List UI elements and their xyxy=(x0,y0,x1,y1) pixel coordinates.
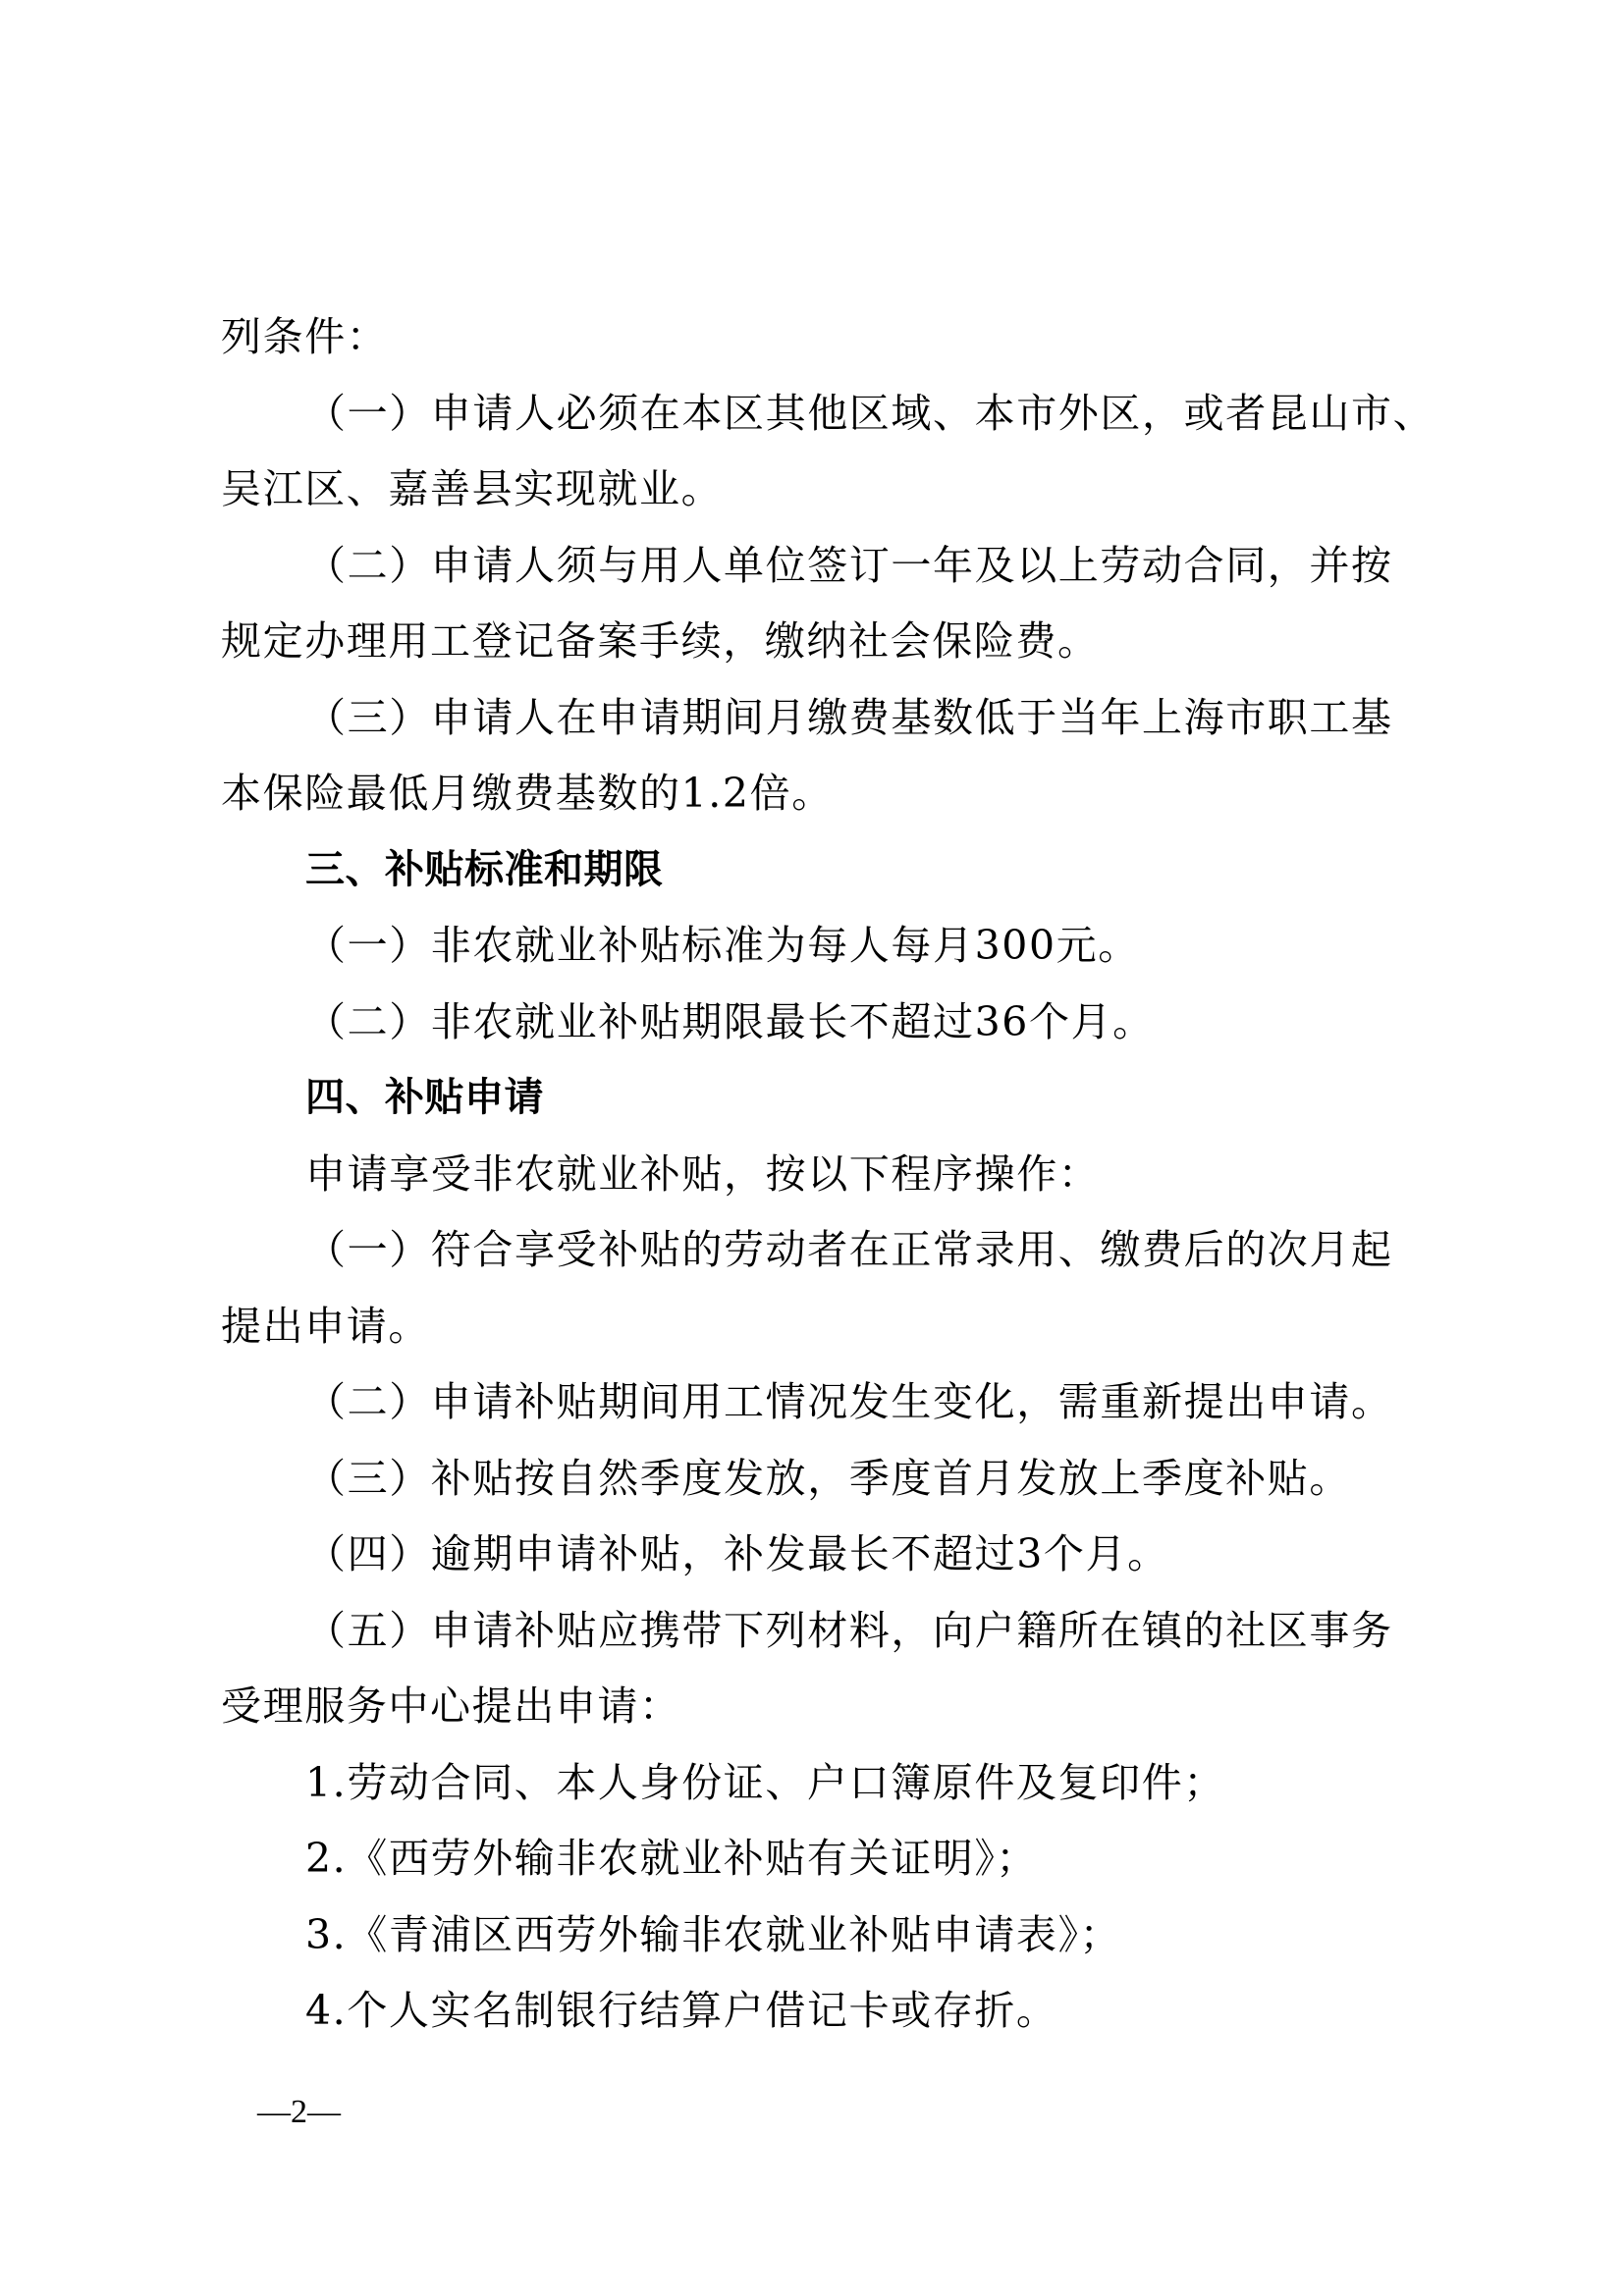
continued-paragraph-line: 列条件： xyxy=(221,299,1431,376)
application-step-2: （二）申请补贴期间用工情况发生变化，需重新提出申请。 xyxy=(221,1364,1431,1441)
material-item-2: 2.《西劳外输非农就业补贴有关证明》； xyxy=(221,1821,1431,1897)
condition-item-1-continued: 吴江区、嘉善县实现就业。 xyxy=(221,452,1431,528)
condition-item-2: （二）申请人须与用人单位签订一年及以上劳动合同，并按 xyxy=(221,528,1431,605)
material-item-4: 4.个人实名制银行结算户借记卡或存折。 xyxy=(221,1973,1431,2050)
condition-item-3: （三）申请人在申请期间月缴费基数低于当年上海市职工基 xyxy=(221,680,1431,757)
section-heading-subsidy-application: 四、补贴申请 xyxy=(221,1060,1431,1137)
application-step-5: （五）申请补贴应携带下列材料，向户籍所在镇的社区事务 xyxy=(221,1593,1431,1670)
standard-item-2: （二）非农就业补贴期限最长不超过36个月。 xyxy=(221,985,1431,1061)
application-step-1-continued: 提出申请。 xyxy=(221,1289,1431,1365)
page-number: —2— xyxy=(257,2093,341,2132)
application-step-3: （三）补贴按自然季度发放，季度首月发放上季度补贴。 xyxy=(221,1441,1431,1518)
application-intro: 申请享受非农就业补贴，按以下程序操作： xyxy=(221,1137,1431,1213)
condition-item-2-continued: 规定办理用工登记备案手续，缴纳社会保险费。 xyxy=(221,604,1431,680)
condition-item-1: （一）申请人必须在本区其他区域、本市外区，或者昆山市、 xyxy=(221,376,1431,453)
application-step-1: （一）符合享受补贴的劳动者在正常录用、缴费后的次月起 xyxy=(221,1212,1431,1289)
material-item-1: 1.劳动合同、本人身份证、户口簿原件及复印件； xyxy=(221,1745,1431,1822)
standard-item-1: （一）非农就业补贴标准为每人每月300元。 xyxy=(221,908,1431,985)
material-item-3: 3.《青浦区西劳外输非农就业补贴申请表》； xyxy=(221,1897,1431,1974)
document-page-body: 列条件： （一）申请人必须在本区其他区域、本市外区，或者昆山市、 吴江区、嘉善县… xyxy=(221,299,1431,2050)
condition-item-3-continued: 本保险最低月缴费基数的1.2倍。 xyxy=(221,756,1431,832)
section-heading-subsidy-standard: 三、补贴标准和期限 xyxy=(221,832,1431,909)
application-step-5-continued: 受理服务中心提出申请： xyxy=(221,1669,1431,1745)
application-step-4: （四）逾期申请补贴，补发最长不超过3个月。 xyxy=(221,1517,1431,1593)
